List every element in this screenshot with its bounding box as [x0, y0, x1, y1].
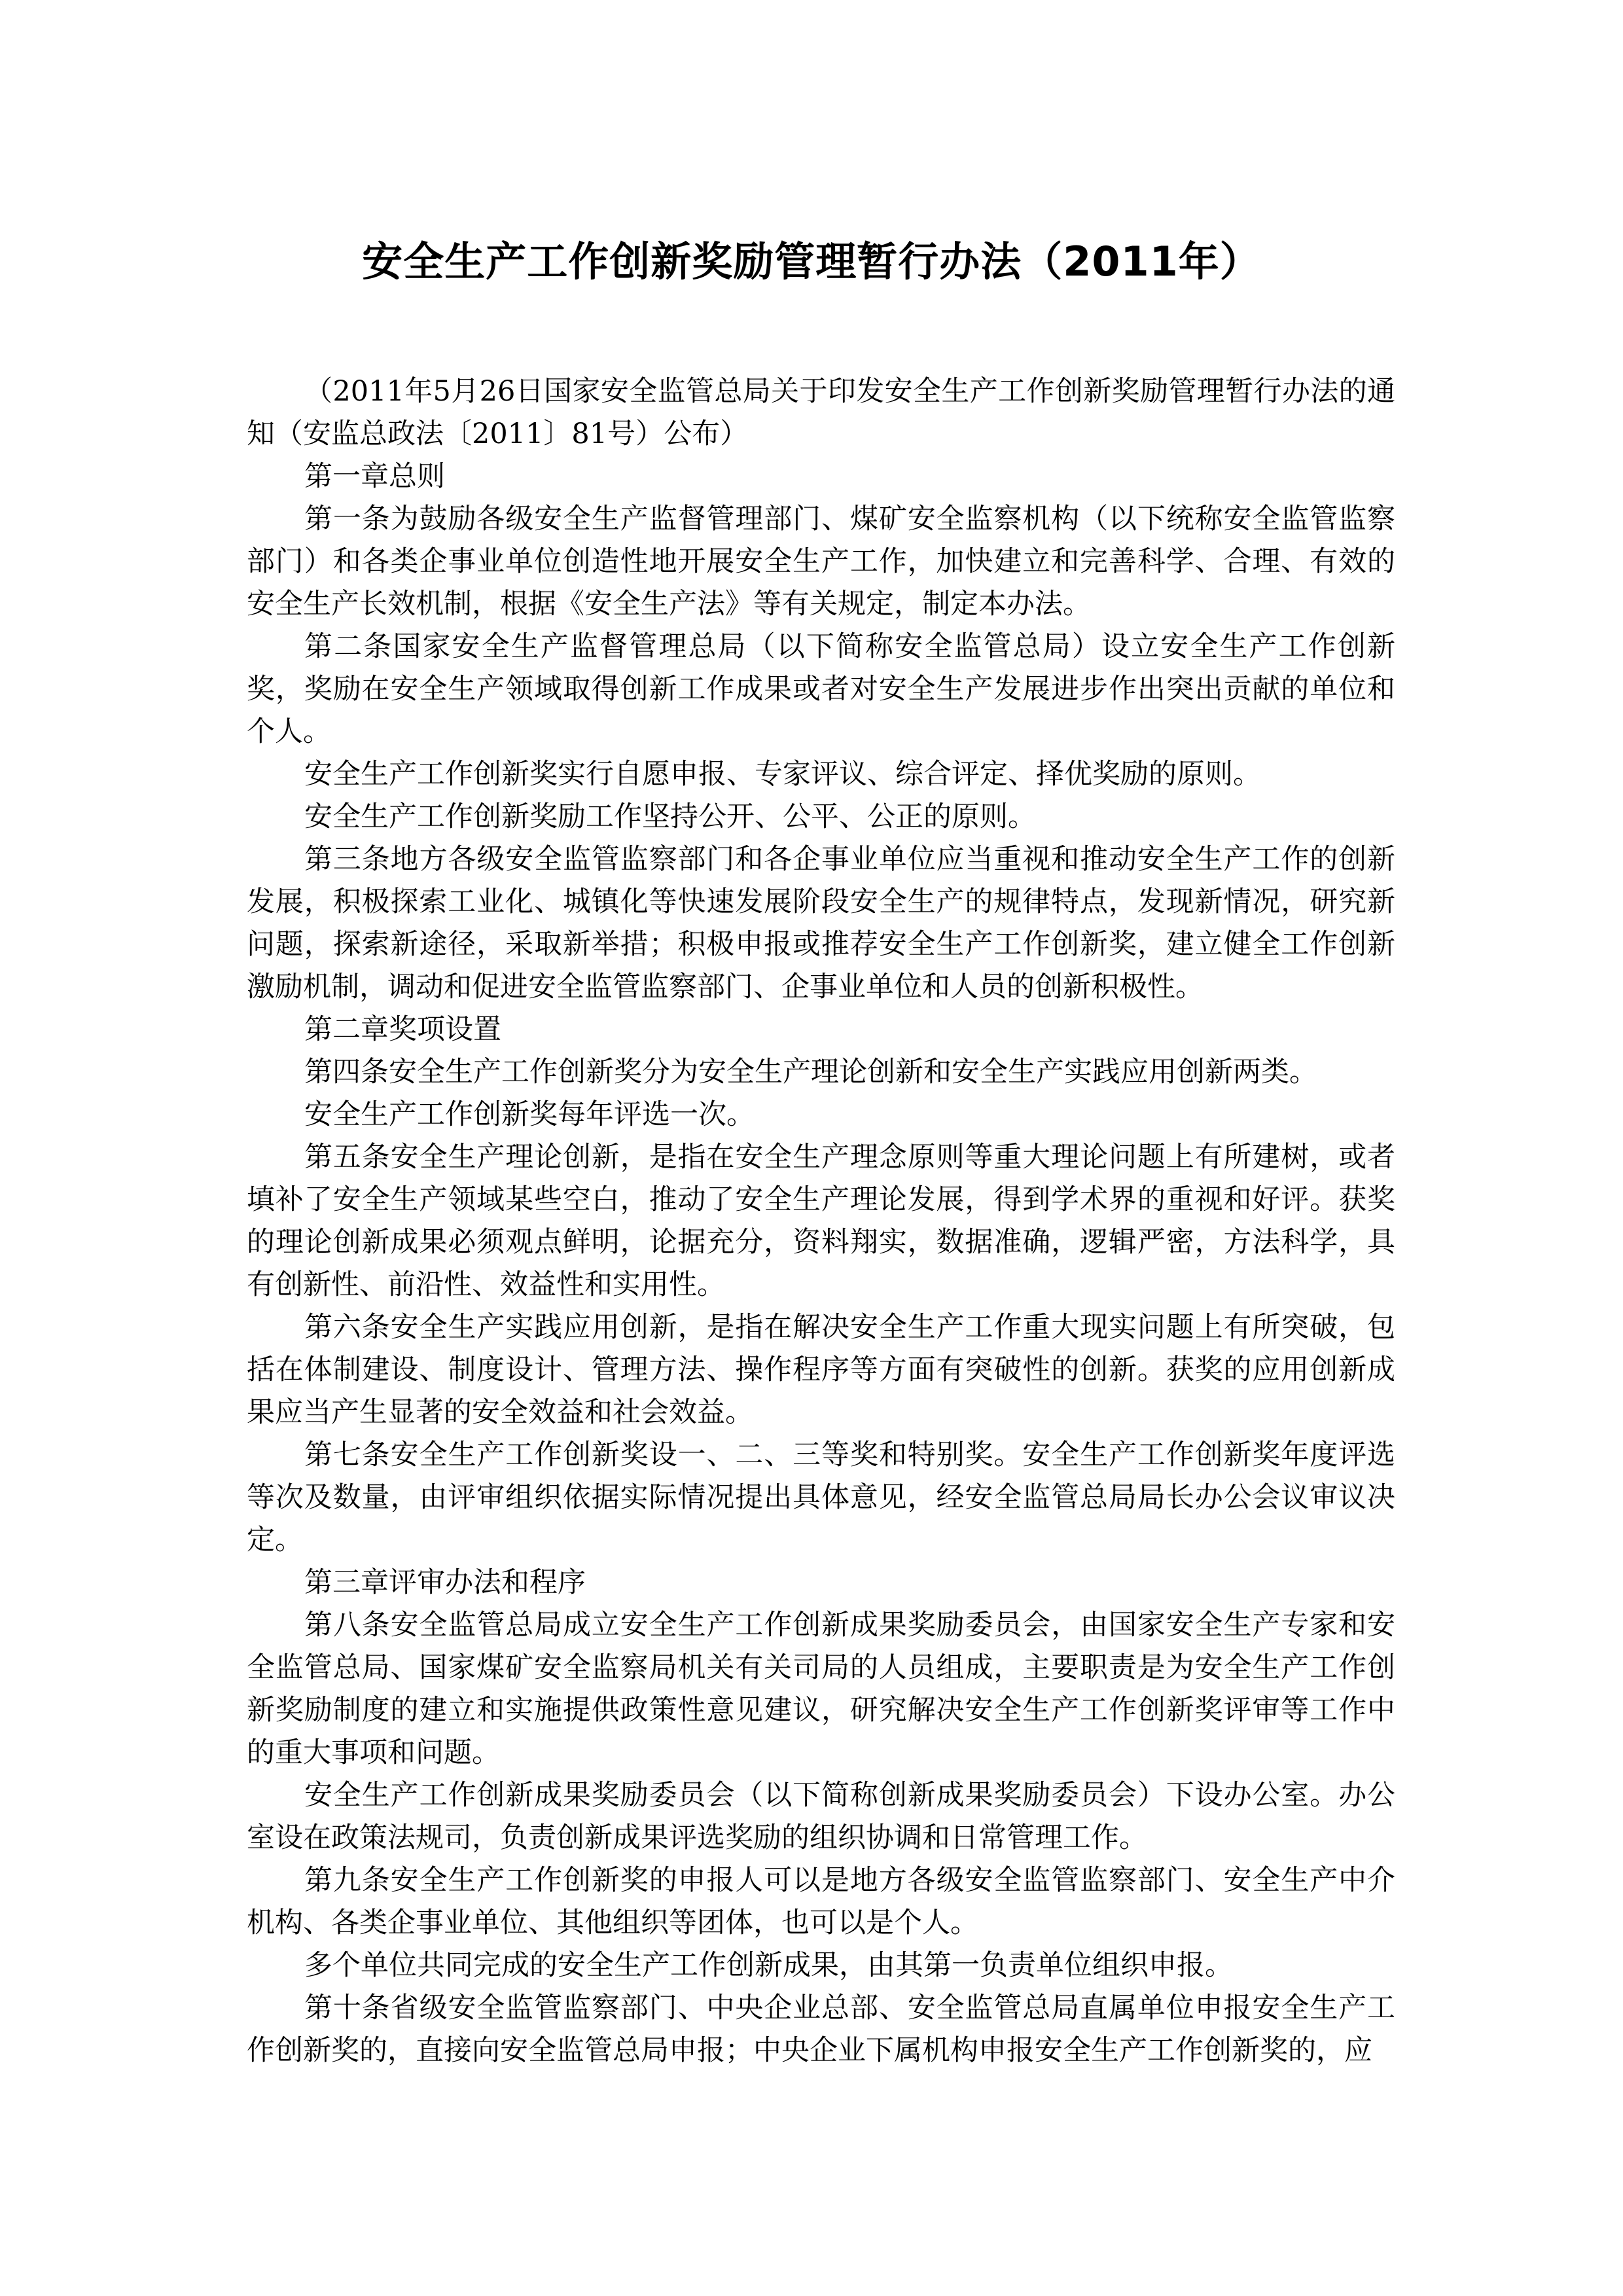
chapter-heading-2: 第二章奖项设置	[247, 1009, 1395, 1051]
paragraph-source-note: （2011年5月26日国家安全监管总局关于印发安全生产工作创新奖励管理暂行办法的…	[247, 370, 1395, 456]
document-body: （2011年5月26日国家安全监管总局关于印发安全生产工作创新奖励管理暂行办法的…	[247, 370, 1395, 2072]
paragraph: 安全生产工作创新奖实行自愿申报、专家评议、综合评定、择优奖励的原则。	[247, 753, 1395, 796]
paragraph: 安全生产工作创新奖每年评选一次。	[247, 1094, 1395, 1136]
paragraph: 多个单位共同完成的安全生产工作创新成果，由其第一负责单位组织申报。	[247, 1945, 1395, 1987]
article-8: 第八条安全监管总局成立安全生产工作创新成果奖励委员会，由国家安全生产专家和安全监…	[247, 1604, 1395, 1774]
paragraph: 安全生产工作创新奖励工作坚持公开、公平、公正的原则。	[247, 796, 1395, 838]
article-3: 第三条地方各级安全监管监察部门和各企事业单位应当重视和推动安全生产工作的创新发展…	[247, 838, 1395, 1009]
chapter-heading-3: 第三章评审办法和程序	[247, 1562, 1395, 1604]
article-1: 第一条为鼓励各级安全生产监督管理部门、煤矿安全监察机构（以下统称安全监管监察部门…	[247, 498, 1395, 626]
document-title: 安全生产工作创新奖励管理暂行办法（2011年）	[0, 236, 1623, 288]
article-6: 第六条安全生产实践应用创新，是指在解决安全生产工作重大现实问题上有所突破，包括在…	[247, 1306, 1395, 1434]
article-7: 第七条安全生产工作创新奖设一、二、三等奖和特别奖。安全生产工作创新奖年度评选等次…	[247, 1434, 1395, 1562]
paragraph: 安全生产工作创新成果奖励委员会（以下简称创新成果奖励委员会）下设办公室。办公室设…	[247, 1774, 1395, 1859]
chapter-heading-1: 第一章总则	[247, 456, 1395, 498]
article-4: 第四条安全生产工作创新奖分为安全生产理论创新和安全生产实践应用创新两类。	[247, 1051, 1395, 1094]
article-9: 第九条安全生产工作创新奖的申报人可以是地方各级安全监管监察部门、安全生产中介机构…	[247, 1859, 1395, 1945]
article-10: 第十条省级安全监管监察部门、中央企业总部、安全监管总局直属单位申报安全生产工作创…	[247, 1987, 1395, 2072]
document-page: 安全生产工作创新奖励管理暂行办法（2011年） （2011年5月26日国家安全监…	[0, 0, 1623, 2296]
article-2: 第二条国家安全生产监督管理总局（以下简称安全监管总局）设立安全生产工作创新奖，奖…	[247, 626, 1395, 753]
article-5: 第五条安全生产理论创新，是指在安全生产理念原则等重大理论问题上有所建树，或者填补…	[247, 1136, 1395, 1306]
